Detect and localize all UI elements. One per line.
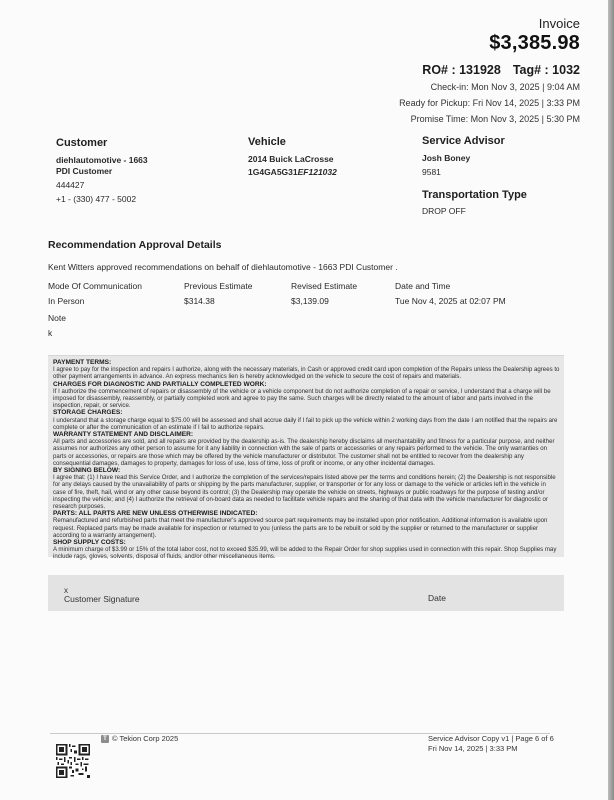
check-in-time: Check-in: Mon Nov 3, 2025 | 9:04 AM bbox=[431, 82, 580, 92]
revised-estimate-value: $3,139.09 bbox=[291, 296, 329, 306]
vin-prefix: 1G4GA5G31 bbox=[248, 167, 298, 177]
service-advisor-name: Josh Boney bbox=[422, 153, 527, 163]
terms-heading-shop-supply: SHOP SUPPLY COSTS: bbox=[53, 539, 560, 546]
note: Note k bbox=[48, 313, 66, 338]
terms-heading-payment: PAYMENT TERMS: bbox=[53, 359, 560, 366]
mode-of-communication-label: Mode Of Communication bbox=[48, 281, 142, 291]
customer-id: 444427 bbox=[56, 180, 148, 190]
customer-name-line2: PDI Customer bbox=[56, 166, 148, 176]
terms-and-conditions: PAYMENT TERMS: I agree to pay for the in… bbox=[48, 355, 564, 557]
recommendation-title: Recommendation Approval Details bbox=[48, 239, 221, 251]
revised-estimate-label: Revised Estimate bbox=[291, 281, 357, 291]
customer-signature-label: Customer Signature bbox=[64, 594, 140, 604]
terms-body-parts: Remanufactured and refurbished parts tha… bbox=[53, 517, 560, 539]
terms-heading-signing: BY SIGNING BELOW: bbox=[53, 467, 560, 474]
terms-heading-warranty: WARRANTY STATEMENT AND DISCLAIMER: bbox=[53, 431, 560, 438]
tag-number: Tag# : 1032 bbox=[513, 63, 580, 77]
vehicle-section: Vehicle 2014 Buick LaCrosse 1G4GA5G31EF1… bbox=[248, 136, 337, 177]
previous-estimate: Previous Estimate $314.38 bbox=[184, 281, 253, 306]
footer-page-info: Service Advisor Copy v1 | Page 6 of 6 Fr… bbox=[428, 734, 554, 754]
mode-of-communication-value: In Person bbox=[48, 296, 84, 306]
ro-number: RO# : 131928 bbox=[422, 63, 501, 77]
customer-phone: +1 - (330) 477 - 5002 bbox=[56, 194, 148, 204]
vehicle-title: Vehicle bbox=[248, 136, 337, 148]
service-advisor-id: 9581 bbox=[422, 167, 527, 177]
note-value: k bbox=[48, 328, 52, 338]
vin-suffix: EF121032 bbox=[298, 167, 337, 177]
signature-date-label: Date bbox=[428, 593, 446, 603]
invoice-total: $3,385.98 bbox=[489, 32, 580, 55]
invoice-label: Invoice bbox=[539, 16, 580, 31]
date-and-time: Date and Time Tue Nov 4, 2025 at 02:07 P… bbox=[395, 281, 506, 306]
terms-heading-storage: STORAGE CHARGES: bbox=[53, 409, 560, 416]
terms-heading-diagnostic: CHARGES FOR DIAGNOSTIC AND PARTIALLY COM… bbox=[53, 381, 560, 388]
previous-estimate-label: Previous Estimate bbox=[184, 281, 253, 291]
copy-info: Service Advisor Copy v1 | Page 6 of 6 bbox=[428, 734, 554, 744]
recommendation-text: Kent Witters approved recommendations on… bbox=[48, 262, 398, 272]
terms-body-diagnostic: If I authorize the commencement of repai… bbox=[53, 388, 560, 410]
note-label: Note bbox=[48, 313, 66, 323]
transportation-value: DROP OFF bbox=[422, 206, 527, 216]
revised-estimate: Revised Estimate $3,139.09 bbox=[291, 281, 357, 306]
terms-body-storage: I understand that a storage charge equal… bbox=[53, 417, 560, 431]
qr-code-icon bbox=[56, 744, 90, 778]
service-advisor-section: Service Advisor Josh Boney 9581 Transpor… bbox=[422, 135, 527, 216]
date-and-time-label: Date and Time bbox=[395, 281, 506, 291]
ready-for-pickup-time: Ready for Pickup: Fri Nov 14, 2025 | 3:3… bbox=[399, 98, 580, 108]
scanner-page-edge bbox=[608, 0, 614, 800]
tekion-logo-icon: T bbox=[101, 735, 109, 743]
previous-estimate-value: $314.38 bbox=[184, 296, 215, 306]
terms-body-warranty: All parts and accessories are sold, and … bbox=[53, 438, 560, 467]
terms-body-payment: I agree to pay for the inspection and re… bbox=[53, 366, 560, 380]
printed-at: Fri Nov 14, 2025 | 3:33 PM bbox=[428, 744, 554, 754]
terms-body-shop-supply: A minimum charge of $3.99 or 15% of the … bbox=[53, 546, 560, 560]
service-advisor-title: Service Advisor bbox=[422, 135, 527, 147]
copyright-text: © Tekion Corp 2025 bbox=[112, 734, 178, 743]
promise-time: Promise Time: Mon Nov 3, 2025 | 5:30 PM bbox=[411, 114, 580, 124]
customer-title: Customer bbox=[56, 137, 148, 149]
terms-body-signing: I agree that: (1) I have read this Servi… bbox=[53, 474, 560, 510]
customer-name-line1: diehlautomotive - 1663 bbox=[56, 155, 148, 165]
mode-of-communication: Mode Of Communication In Person bbox=[48, 281, 142, 306]
vehicle-model: 2014 Buick LaCrosse bbox=[248, 154, 337, 164]
customer-section: Customer diehlautomotive - 1663 PDI Cust… bbox=[56, 137, 148, 204]
vehicle-vin: 1G4GA5G31EF121032 bbox=[248, 167, 337, 177]
date-and-time-value: Tue Nov 4, 2025 at 02:07 PM bbox=[395, 296, 506, 306]
copyright: T © Tekion Corp 2025 bbox=[101, 734, 178, 743]
ro-tag-line: RO# : 131928Tag# : 1032 bbox=[422, 63, 580, 77]
terms-heading-parts: PARTS: ALL PARTS ARE NEW UNLESS OTHERWIS… bbox=[53, 510, 560, 517]
signature-box[interactable]: x Customer Signature Date bbox=[48, 575, 564, 611]
transportation-title: Transportation Type bbox=[422, 189, 527, 201]
